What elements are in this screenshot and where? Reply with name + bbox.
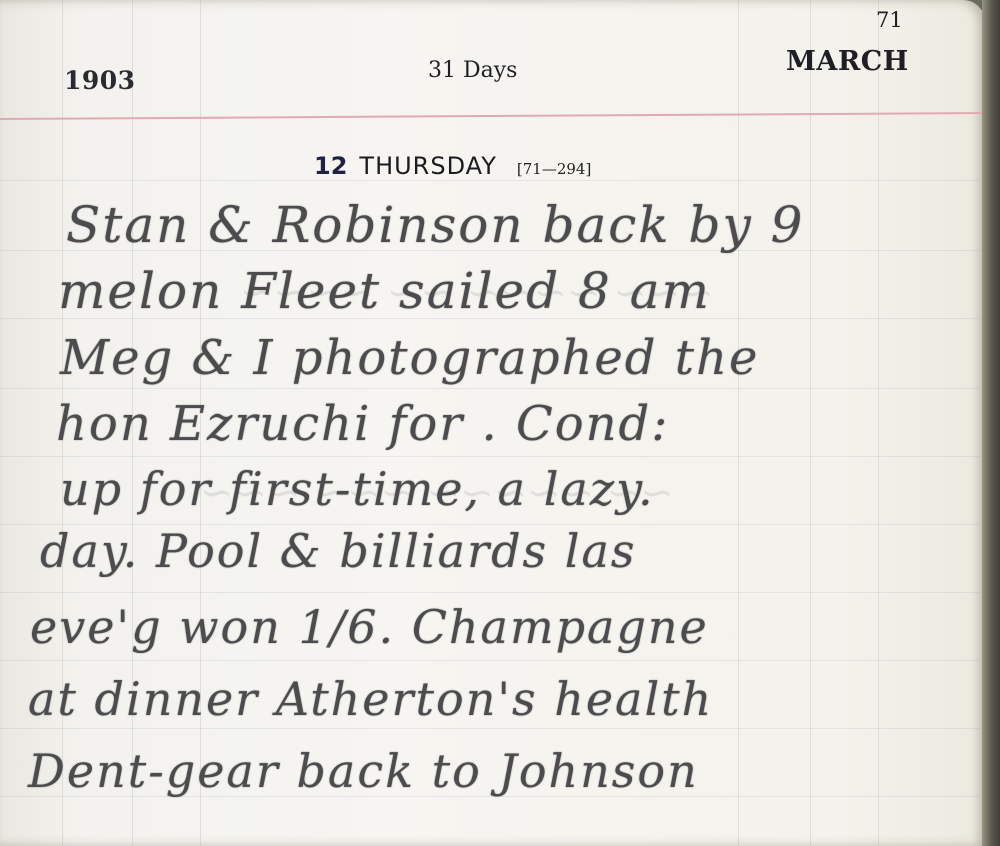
row-ruling [0, 456, 985, 457]
day-reference: [71—294] [517, 160, 591, 178]
row-ruling [0, 388, 985, 389]
red-header-rule [0, 112, 985, 120]
row-ruling [0, 660, 985, 661]
handwritten-line: Meg & I photographed the [60, 330, 759, 386]
book-cover-edge [982, 0, 1000, 846]
handwritten-line: day. Pool & billiards las [40, 524, 637, 578]
diary-page: ~~~ ~~~~ ~~ ~~~~ ~~ ~~~~~ ~~~ ~~~ 1903 3… [0, 0, 985, 846]
column-ruling [878, 0, 879, 846]
row-ruling [0, 592, 985, 593]
handwritten-line: Dent-gear back to Johnson [28, 744, 699, 798]
year: 1903 [64, 66, 136, 95]
row-ruling [0, 728, 985, 729]
month-length: 31 Days [428, 58, 517, 83]
day-name: THURSDAY [359, 152, 496, 180]
day-heading: 12 THURSDAY [71—294] [314, 152, 591, 180]
column-ruling [738, 0, 739, 846]
handwritten-line: at dinner Atherton's health [28, 672, 713, 726]
month-name: MARCH [786, 46, 909, 77]
handwritten-line: hon Ezruchi for . Cond: [56, 396, 669, 452]
row-ruling [0, 180, 985, 181]
page-number: 71 [876, 8, 903, 32]
handwritten-line: up for first-time, a lazy. [60, 462, 655, 516]
column-ruling [810, 0, 811, 846]
day-number: 12 [314, 152, 347, 180]
handwritten-line: eve'g won 1/6. Champagne [30, 600, 709, 654]
handwritten-line: melon Fleet sailed 8 am [58, 262, 711, 320]
handwritten-line: Stan & Robinson back by 9 [66, 196, 804, 254]
